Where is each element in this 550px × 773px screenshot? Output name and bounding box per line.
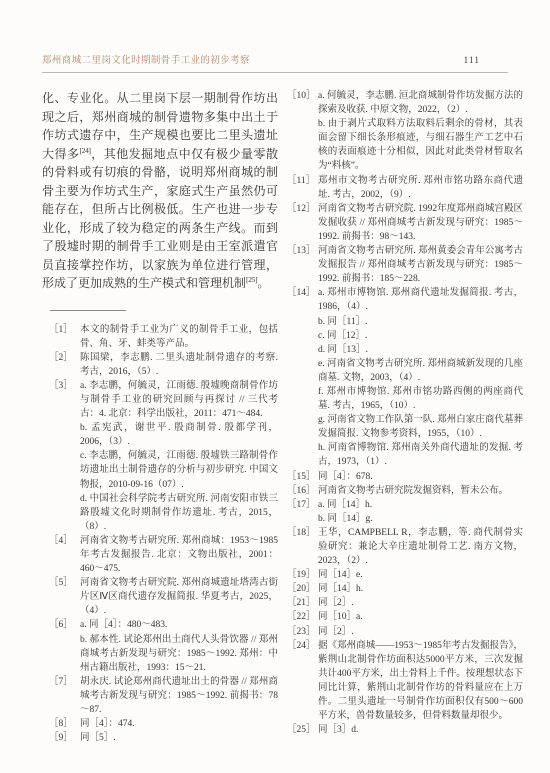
reference-part: 河南省文物考古研究所. 郑州商城：1953～1985年考古发掘报告. 北京：文物… bbox=[80, 534, 278, 576]
reference-part: 本文的制骨手工业为广义的制骨手工业，包括骨、角、牙、蚌类等产品。 bbox=[80, 323, 278, 351]
reference-number: ［12］ bbox=[287, 202, 316, 216]
reference-part: g. 河南省文物工作队第一队. 郑州白家庄商代墓葬发掘简报. 文物参考资料，19… bbox=[318, 413, 523, 441]
reference-item: ［7］胡永庆. 试论郑州商代遗址出土的骨器 // 郑州商城考古新发现与研究：19… bbox=[49, 675, 278, 717]
reference-part: a. 同［14］h. bbox=[318, 498, 523, 512]
reference-item: ［24］据《郑州商城——1953～1985年考古发掘报告》，紫荆山北制骨作坊面积… bbox=[287, 639, 523, 724]
reference-number: ［8］ bbox=[49, 717, 73, 731]
body-paragraph: 化、专业化。从二里岗下层一期制骨作坊出现之后，郑州商城的制骨遗物多集中出土于作坊… bbox=[42, 89, 278, 293]
reference-part: 同［4］：678. bbox=[318, 470, 523, 484]
reference-number: ［17］ bbox=[287, 498, 316, 512]
reference-number: ［2］ bbox=[49, 351, 73, 365]
note-marker: [24] bbox=[79, 146, 90, 155]
reference-part: e. 河南省文物考古研究所. 郑州商城新发现的几座商墓. 文物，2003，（4）… bbox=[318, 357, 523, 385]
reference-item: ［16］河南省文物考古研究院发掘资料，暂未公布。 bbox=[287, 484, 523, 498]
reference-number: ［19］ bbox=[287, 568, 316, 582]
reference-item: ［13］河南省文物考古研究所. 郑州黄委会青年公寓考古发掘报告 // 郑州商城考… bbox=[287, 244, 523, 286]
reference-item: ［11］郑州市文物考古研究所. 郑州市铭功路东商代遗址. 考古，2002，（9）… bbox=[287, 174, 523, 202]
reference-part: 同［14］e. bbox=[318, 568, 523, 582]
reference-text: a. 何毓灵，李志鹏. 洹北商城制骨作坊发掘方法的探索及收获. 中原文物，202… bbox=[318, 89, 523, 174]
reference-part: 同［10］a. bbox=[318, 610, 523, 624]
reference-item: ［20］同［14］h. bbox=[287, 582, 523, 596]
reference-part: 河南省文物考古研究所. 郑州黄委会青年公寓考古发掘报告 // 郑州商城考古新发现… bbox=[318, 244, 523, 286]
reference-text: 同［4］：474. bbox=[80, 717, 278, 731]
reference-part: c. 李志鹏，何毓灵，江雨德. 殷墟铁三路制骨作坊遗址出土制骨遗存的分析与初步研… bbox=[80, 449, 278, 491]
reference-text: 河南省文物考古研究所. 郑州商城：1953～1985年考古发掘报告. 北京：文物… bbox=[80, 534, 278, 576]
journal-page: 郑州商城二里岗文化时期制骨手工业的初步考察 111 化、专业化。从二里岗下层一期… bbox=[0, 0, 550, 773]
reference-item: ［15］同［4］：678. bbox=[287, 470, 523, 484]
reference-item: ［1］本文的制骨手工业为广义的制骨手工业，包括骨、角、牙、蚌类等产品。 bbox=[49, 323, 278, 351]
reference-item: ［2］陈国梁，李志鹏. 二里头遗址制骨遗存的考察. 考古，2016，（5）. bbox=[49, 351, 278, 379]
reference-list-right: ［10］a. 何毓灵，李志鹏. 洹北商城制骨作坊发掘方法的探索及收获. 中原文物… bbox=[287, 89, 523, 737]
reference-number: ［13］ bbox=[287, 244, 316, 258]
reference-part: 河南省文物考古研究院发掘资料，暂未公布。 bbox=[318, 484, 523, 498]
page-number: 111 bbox=[463, 56, 480, 66]
reference-part: b. 同［14］g. bbox=[318, 512, 523, 526]
reference-text: a. 李志鹏，何毓灵，江雨德. 殷墟晚商制骨作坊与制骨手工业的研究回顾与再探讨 … bbox=[80, 379, 278, 534]
reference-item: ［8］同［4］：474. bbox=[49, 717, 278, 731]
reference-text: 同［5］. bbox=[80, 731, 278, 745]
reference-text: 河南省文物考古研究院. 1992年度郑州商城宫殿区发掘收获 // 郑州商城考古新… bbox=[318, 202, 523, 244]
reference-number: ［20］ bbox=[287, 582, 316, 596]
reference-text: 同［4］：678. bbox=[318, 470, 523, 484]
reference-item: ［6］a. 同［4］：480～483.b. 郝本性. 试论郑州出土商代人头骨饮器… bbox=[49, 618, 278, 674]
reference-number: ［4］ bbox=[49, 534, 73, 548]
reference-part: 河南省文物考古研究院. 1992年度郑州商城宫殿区发掘收获 // 郑州商城考古新… bbox=[318, 202, 523, 244]
reference-number: ［22］ bbox=[287, 610, 316, 624]
note-marker: [25] bbox=[246, 275, 257, 284]
reference-list-left: ［1］本文的制骨手工业为广义的制骨手工业，包括骨、角、牙、蚌类等产品。［2］陈国… bbox=[49, 323, 278, 746]
reference-number: ［23］ bbox=[287, 625, 316, 639]
footnote-divider bbox=[50, 310, 126, 311]
reference-item: ［25］同［3］d. bbox=[287, 723, 523, 737]
reference-item: ［12］河南省文物考古研究院. 1992年度郑州商城宫殿区发掘收获 // 郑州商… bbox=[287, 202, 523, 244]
reference-text: 同［14］e. bbox=[318, 568, 523, 582]
reference-number: ［7］ bbox=[49, 675, 73, 689]
reference-part: 河南省文物考古研究院. 郑州商城遗址塔湾古街片区Ⅳ区商代遗存发掘简报. 华夏考古… bbox=[80, 576, 278, 618]
reference-number: ［11］ bbox=[287, 174, 315, 188]
right-column: ［10］a. 何毓灵，李志鹏. 洹北商城制骨作坊发掘方法的探索及收获. 中原文物… bbox=[287, 73, 523, 745]
reference-number: ［18］ bbox=[287, 526, 316, 540]
reference-part: a. 何毓灵，李志鹏. 洹北商城制骨作坊发掘方法的探索及收获. 中原文物，202… bbox=[318, 89, 523, 117]
reference-item: ［23］同［2］. bbox=[287, 625, 523, 639]
reference-part: a. 李志鹏，何毓灵，江雨德. 殷墟晚商制骨作坊与制骨手工业的研究回顾与再探讨 … bbox=[80, 379, 278, 421]
reference-text: 陈国梁，李志鹏. 二里头遗址制骨遗存的考察. 考古，2016，（5）. bbox=[80, 351, 278, 379]
reference-part: 郑州市文物考古研究所. 郑州市铭功路东商代遗址. 考古，2002，（9）. bbox=[318, 174, 523, 202]
reference-text: 同［3］d. bbox=[318, 723, 523, 737]
reference-number: ［15］ bbox=[287, 470, 316, 484]
reference-item: ［3］a. 李志鹏，何毓灵，江雨德. 殷墟晚商制骨作坊与制骨手工业的研究回顾与再… bbox=[49, 379, 278, 534]
reference-item: ［22］同［10］a. bbox=[287, 610, 523, 624]
reference-part: c. 同［12］. bbox=[318, 329, 523, 343]
reference-text: 同［2］. bbox=[318, 596, 523, 610]
reference-number: ［6］ bbox=[49, 618, 73, 632]
left-column: 化、专业化。从二里岗下层一期制骨作坊出现之后，郑州商城的制骨遗物多集中出土于作坊… bbox=[42, 73, 278, 745]
reference-text: 河南省文物考古研究所. 郑州黄委会青年公寓考古发掘报告 // 郑州商城考古新发现… bbox=[318, 244, 523, 286]
reference-part: d. 中国社会科学院考古研究所. 河南安阳市铁三路殷墟文化时期制骨作坊遗址. 考… bbox=[80, 492, 278, 534]
reference-text: a. 同［14］h.b. 同［14］g. bbox=[318, 498, 523, 526]
reference-text: 同［2］. bbox=[318, 625, 523, 639]
reference-part: 同［5］. bbox=[80, 731, 278, 745]
reference-part: b. 由于剥片式取料方法取料后剩余的骨材，其表面会留下细长条形痕迹，与细石器生产… bbox=[318, 117, 523, 173]
reference-item: ［17］a. 同［14］h.b. 同［14］g. bbox=[287, 498, 523, 526]
reference-part: 同［3］d. bbox=[318, 723, 523, 737]
reference-part: 据《郑州商城——1953～1985年考古发掘报告》，紫荆山北制骨作坊面积达500… bbox=[318, 639, 523, 724]
reference-part: a. 郑州市博物馆. 郑州商代遗址发掘简报. 考古，1986，（4）. bbox=[318, 286, 523, 314]
reference-text: 郑州市文物考古研究所. 郑州市铭功路东商代遗址. 考古，2002，（9）. bbox=[318, 174, 523, 202]
page-header: 郑州商城二里岗文化时期制骨手工业的初步考察 111 bbox=[0, 0, 550, 72]
reference-part: 同［14］h. bbox=[318, 582, 523, 596]
reference-number: ［3］ bbox=[49, 379, 73, 393]
reference-number: ［14］ bbox=[287, 286, 316, 300]
reference-item: ［9］同［5］. bbox=[49, 731, 278, 745]
reference-part: f. 郑州市博物馆. 郑州市铭功路西侧的两座商代墓. 考古，1965，（10）. bbox=[318, 385, 523, 413]
reference-number: ［5］ bbox=[49, 576, 73, 590]
reference-part: a. 同［4］：480～483. bbox=[80, 618, 278, 632]
running-title: 郑州商城二里岗文化时期制骨手工业的初步考察 bbox=[42, 52, 250, 66]
reference-part: d. 同［13］. bbox=[318, 343, 523, 357]
reference-item: ［10］a. 何毓灵，李志鹏. 洹北商城制骨作坊发掘方法的探索及收获. 中原文物… bbox=[287, 89, 523, 174]
reference-part: b. 孟宪武，谢世平. 殷商制骨. 殷都学刊，2006，（3）. bbox=[80, 421, 278, 449]
reference-text: 本文的制骨手工业为广义的制骨手工业，包括骨、角、牙、蚌类等产品。 bbox=[80, 323, 278, 351]
reference-number: ［21］ bbox=[287, 596, 316, 610]
reference-text: 河南省文物考古研究院发掘资料，暂未公布。 bbox=[318, 484, 523, 498]
reference-part: b. 郝本性. 试论郑州出土商代人头骨饮器 // 郑州商城考古新发现与研究：19… bbox=[80, 633, 278, 675]
reference-part: 同［2］. bbox=[318, 625, 523, 639]
reference-text: a. 同［4］：480～483.b. 郝本性. 试论郑州出土商代人头骨饮器 //… bbox=[80, 618, 278, 674]
reference-text: 据《郑州商城——1953～1985年考古发掘报告》，紫荆山北制骨作坊面积达500… bbox=[318, 639, 523, 724]
reference-part: 王华，CAMPBELL R，李志鹏，等. 商代制骨实验研究：兼论大辛庄遗址制骨工… bbox=[318, 526, 523, 568]
reference-part: 胡永庆. 试论郑州商代遗址出土的骨器 // 郑州商城考古新发现与研究：1985～… bbox=[80, 675, 278, 717]
reference-text: a. 郑州市博物馆. 郑州商代遗址发掘简报. 考古，1986，（4）.b. 同［… bbox=[318, 286, 523, 469]
reference-text: 河南省文物考古研究院. 郑州商城遗址塔湾古街片区Ⅳ区商代遗存发掘简报. 华夏考古… bbox=[80, 576, 278, 618]
reference-text: 胡永庆. 试论郑州商代遗址出土的骨器 // 郑州商城考古新发现与研究：1985～… bbox=[80, 675, 278, 717]
reference-item: ［5］河南省文物考古研究院. 郑州商城遗址塔湾古街片区Ⅳ区商代遗存发掘简报. 华… bbox=[49, 576, 278, 618]
reference-number: ［1］ bbox=[49, 323, 73, 337]
body-text-segment: ，其他发掘地点中仅有极少量零散的骨料或有切痕的骨骼，说明郑州商城的制骨主要为作坊… bbox=[42, 147, 278, 291]
reference-number: ［9］ bbox=[49, 731, 73, 745]
reference-text: 同［10］a. bbox=[318, 610, 523, 624]
reference-item: ［4］河南省文物考古研究所. 郑州商城：1953～1985年考古发掘报告. 北京… bbox=[49, 534, 278, 576]
reference-part: 陈国梁，李志鹏. 二里头遗址制骨遗存的考察. 考古，2016，（5）. bbox=[80, 351, 278, 379]
reference-text: 同［14］h. bbox=[318, 582, 523, 596]
body-text-segment: 。 bbox=[257, 276, 269, 290]
reference-item: ［18］王华，CAMPBELL R，李志鹏，等. 商代制骨实验研究：兼论大辛庄遗… bbox=[287, 526, 523, 568]
reference-part: 同［4］：474. bbox=[80, 717, 278, 731]
two-column-layout: 化、专业化。从二里岗下层一期制骨作坊出现之后，郑州商城的制骨遗物多集中出土于作坊… bbox=[0, 73, 550, 745]
reference-number: ［25］ bbox=[287, 723, 316, 737]
reference-number: ［24］ bbox=[287, 639, 316, 653]
reference-number: ［10］ bbox=[287, 89, 316, 103]
reference-item: ［14］a. 郑州市博物馆. 郑州商代遗址发掘简报. 考古，1986，（4）.b… bbox=[287, 286, 523, 469]
reference-part: h. 河南省博物馆. 郑州南关外商代遗址的发掘. 考古，1973，（1）. bbox=[318, 441, 523, 469]
reference-text: 王华，CAMPBELL R，李志鹏，等. 商代制骨实验研究：兼论大辛庄遗址制骨工… bbox=[318, 526, 523, 568]
reference-number: ［16］ bbox=[287, 484, 316, 498]
reference-part: 同［2］. bbox=[318, 596, 523, 610]
reference-item: ［21］同［2］. bbox=[287, 596, 523, 610]
reference-item: ［19］同［14］e. bbox=[287, 568, 523, 582]
reference-part: b. 同［11］. bbox=[318, 315, 523, 329]
